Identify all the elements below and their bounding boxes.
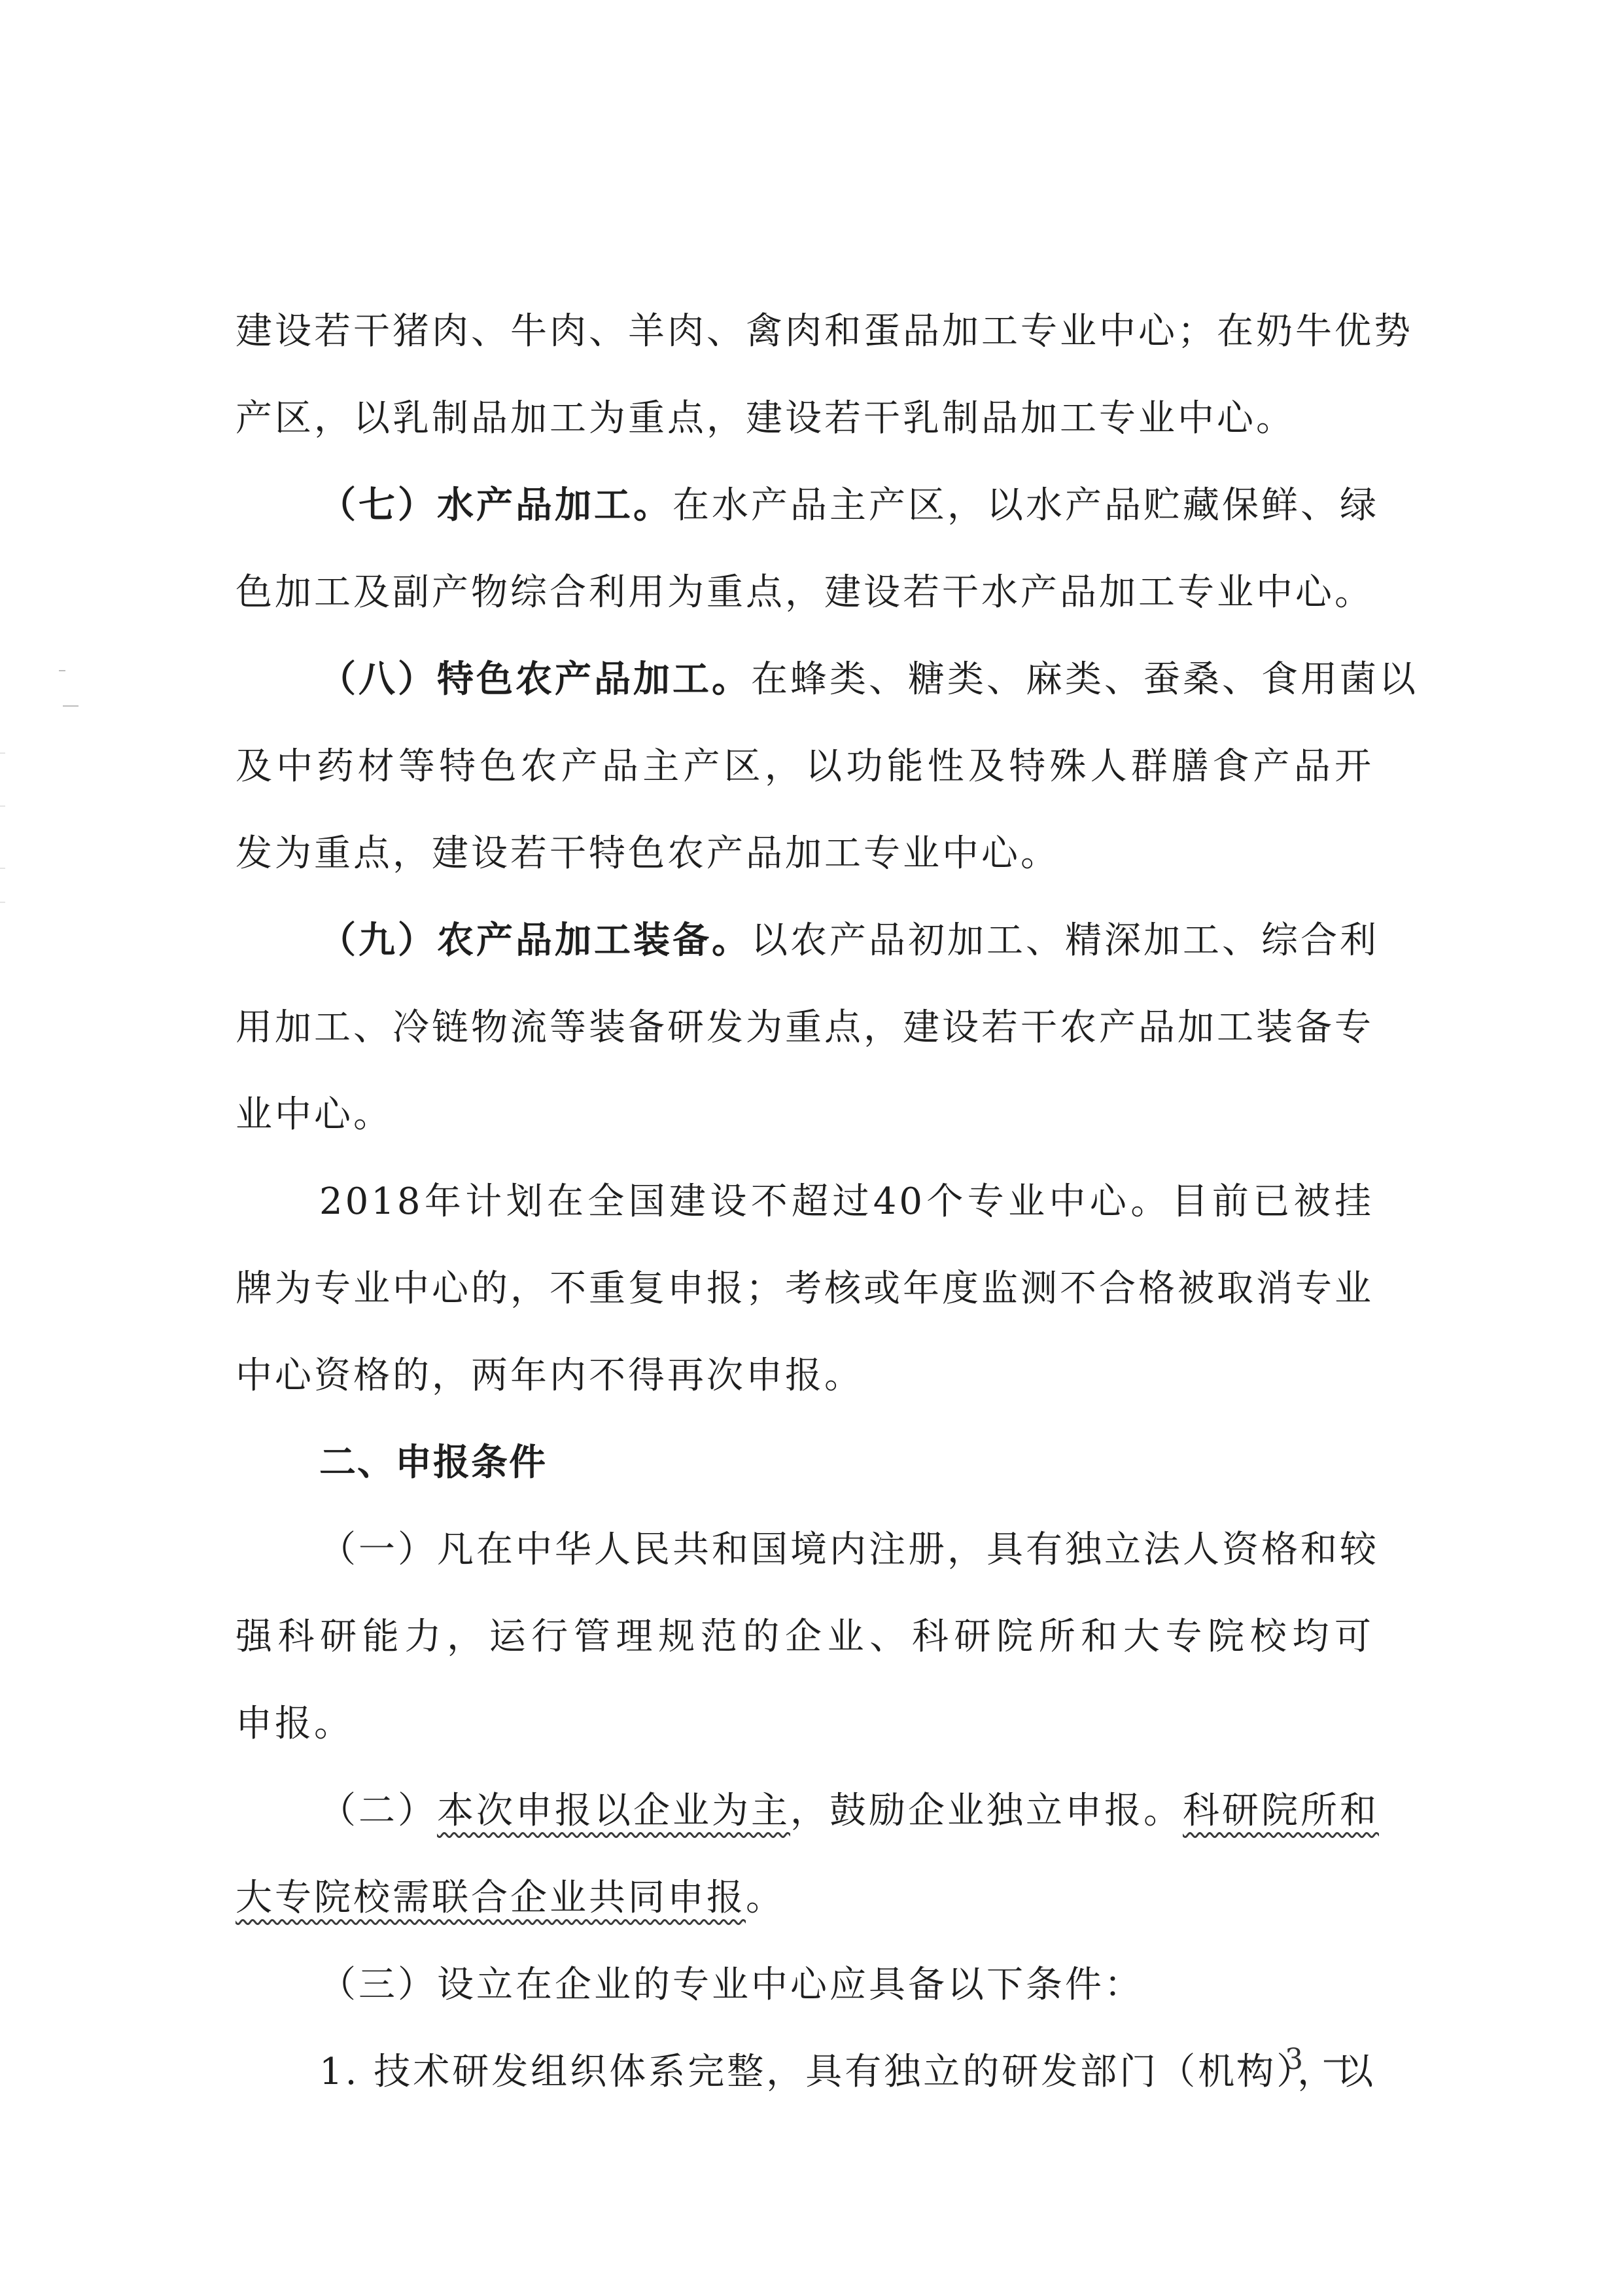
cond-prefix: （二）	[319, 1790, 437, 1832]
paragraph-line: （三）设立在企业的专业中心应具备以下条件：	[236, 1941, 1374, 2028]
paragraph-line: 2018年计划在全国建设不超过40个专业中心。目前已被挂	[236, 1158, 1374, 1245]
item-heading: （八）特色农产品加工。	[319, 658, 751, 701]
paragraph-line: 色加工及副产物综合利用为重点，建设若干水产品加工专业中心。	[236, 549, 1374, 636]
paragraph-line: 发为重点，建设若干特色农产品加工专业中心。	[236, 810, 1374, 897]
paragraph-line: 强科研能力，运行管理规范的企业、科研院所和大专院校均可	[236, 1593, 1374, 1680]
scan-margin-mark	[0, 805, 5, 807]
underlined-text: 本次申报以企业为主	[437, 1790, 790, 1832]
page-number: — 3 —	[1236, 2043, 1357, 2076]
item-heading: （九）农产品加工装备。	[319, 919, 751, 962]
paragraph-line: 中心资格的，两年内不得再次申报。	[236, 1332, 1374, 1419]
cond-suffix: 。	[746, 1877, 785, 1919]
scan-margin-mark	[0, 902, 5, 903]
paragraph-line: 申报。	[236, 1680, 1374, 1767]
paragraph-line: 建设若干猪肉、牛肉、羊肉、禽肉和蛋品加工专业中心；在奶牛优势	[236, 288, 1374, 375]
scan-margin-mark	[59, 670, 65, 671]
item-text: 在水产品主产区，以水产品贮藏保鲜、绿	[672, 484, 1379, 527]
paragraph-line: （八）特色农产品加工。在蜂类、糖类、麻类、蚕桑、食用菌以	[236, 636, 1374, 723]
underlined-text: 科研院所和	[1183, 1790, 1379, 1832]
paragraph-line: 牌为专业中心的，不重复申报；考核或年度监测不合格被取消专业	[236, 1245, 1374, 1332]
scan-margin-mark	[0, 868, 5, 869]
item-text: 以农产品初加工、精深加工、综合利	[751, 919, 1379, 962]
cond-middle: ，鼓励企业独立申报。	[790, 1790, 1183, 1832]
paragraph-line: 及中药材等特色农产品主产区，以功能性及特殊人群膳食产品开	[236, 723, 1374, 810]
item-text: 在蜂类、糖类、麻类、蚕桑、食用菌以	[751, 658, 1418, 701]
paragraph-line: 用加工、冷链物流等装备研发为重点，建设若干农产品加工装备专	[236, 984, 1374, 1071]
scan-margin-mark	[0, 752, 5, 754]
paragraph-line: （九）农产品加工装备。以农产品初加工、精深加工、综合利	[236, 897, 1374, 984]
paragraph-line: 业中心。	[236, 1071, 1374, 1158]
paragraph-line: 产区，以乳制品加工为重点，建设若干乳制品加工专业中心。	[236, 375, 1374, 462]
paragraph-line: （一）凡在中华人民共和国境内注册，具有独立法人资格和较	[236, 1506, 1374, 1593]
section-title: 二、申报条件	[236, 1419, 1374, 1506]
document-page: 建设若干猪肉、牛肉、羊肉、禽肉和蛋品加工专业中心；在奶牛优势 产区，以乳制品加工…	[236, 288, 1374, 2115]
item-heading: （七）水产品加工。	[319, 484, 672, 527]
scan-margin-mark	[63, 705, 79, 707]
paragraph-line: 1. 技术研发组织体系完整，具有独立的研发部门（机构），以	[236, 2028, 1374, 2115]
paragraph-line: 大专院校需联合企业共同申报。	[236, 1854, 1374, 1941]
underlined-text: 大专院校需联合企业共同申报	[236, 1877, 746, 1919]
paragraph-line: （七）水产品加工。在水产品主产区，以水产品贮藏保鲜、绿	[236, 462, 1374, 549]
paragraph-line: （二）本次申报以企业为主，鼓励企业独立申报。科研院所和	[236, 1767, 1374, 1854]
